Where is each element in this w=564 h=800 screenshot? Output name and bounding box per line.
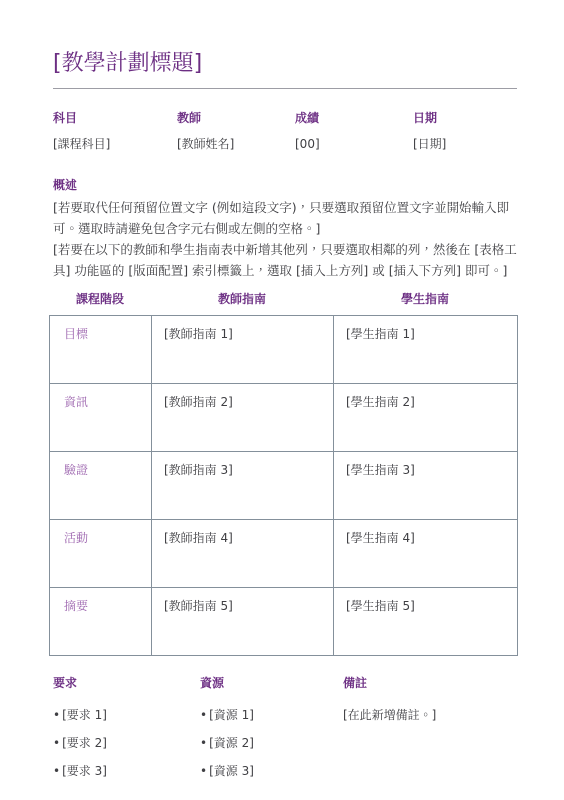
requirement-placeholder[interactable]: [要求 1] xyxy=(62,708,107,722)
field-grade-value[interactable]: [00] xyxy=(295,136,413,152)
title-divider xyxy=(53,88,517,89)
list-item: •[資源 3] xyxy=(200,757,343,785)
guide-table: 目標 [教師指南 1] [學生指南 1] 資訊 [教師指南 2] [學生指南 2… xyxy=(49,315,518,656)
bullet-icon: • xyxy=(200,729,207,757)
requirements-heading: 要求 xyxy=(53,675,200,691)
student-guide-cell[interactable]: [學生指南 3] xyxy=(334,452,518,520)
bullet-icon: • xyxy=(53,729,60,757)
list-item: •[資源 1] xyxy=(200,701,343,729)
overview-paragraph-2[interactable]: [若要在以下的教師和學生指南表中新增其他列，只要選取相鄰的列，然後在 [表格工具… xyxy=(53,240,517,281)
student-guide-cell[interactable]: [學生指南 1] xyxy=(334,316,518,384)
resources-heading: 資源 xyxy=(200,675,343,691)
lesson-plan-document: [教學計劃標題] 科目 [課程科目] 教師 [教師姓名] 成績 [00] 日期 … xyxy=(0,0,564,800)
column-header-student-guide: 學生指南 xyxy=(333,290,517,308)
guide-table-header: 課程階段 教師指南 學生指南 xyxy=(49,290,517,308)
field-grade-label: 成績 xyxy=(295,110,413,126)
resources-list: •[資源 1] •[資源 2] •[資源 3] xyxy=(200,701,343,785)
field-teacher-label: 教師 xyxy=(177,110,295,126)
field-date-value[interactable]: [日期] xyxy=(413,136,517,152)
stage-cell: 摘要 xyxy=(50,588,152,656)
column-header-teacher-guide: 教師指南 xyxy=(151,290,333,308)
resource-placeholder[interactable]: [資源 2] xyxy=(209,736,254,750)
field-subject-label: 科目 xyxy=(53,110,177,126)
bullet-icon: • xyxy=(53,757,60,785)
bullet-icon: • xyxy=(200,701,207,729)
overview-heading: 概述 xyxy=(53,177,517,193)
bullet-icon: • xyxy=(53,701,60,729)
teacher-guide-cell[interactable]: [教師指南 2] xyxy=(152,384,334,452)
teacher-guide-cell[interactable]: [教師指南 5] xyxy=(152,588,334,656)
field-teacher: 教師 [教師姓名] xyxy=(177,110,295,152)
resource-placeholder[interactable]: [資源 1] xyxy=(209,708,254,722)
info-fields: 科目 [課程科目] 教師 [教師姓名] 成績 [00] 日期 [日期] xyxy=(53,110,517,152)
field-subject: 科目 [課程科目] xyxy=(53,110,177,152)
list-item: •[要求 1] xyxy=(53,701,200,729)
requirement-placeholder[interactable]: [要求 2] xyxy=(62,736,107,750)
overview-paragraph-1[interactable]: [若要取代任何預留位置文字 (例如這段文字)，只要選取預留位置文字並開始輸入即可… xyxy=(53,198,517,239)
notes-heading: 備註 xyxy=(343,675,517,691)
stage-cell: 驗證 xyxy=(50,452,152,520)
page-title[interactable]: [教學計劃標題] xyxy=(53,49,517,79)
table-row: 驗證 [教師指南 3] [學生指南 3] xyxy=(50,452,518,520)
field-date-label: 日期 xyxy=(413,110,517,126)
teacher-guide-cell[interactable]: [教師指南 1] xyxy=(152,316,334,384)
requirement-placeholder[interactable]: [要求 3] xyxy=(62,764,107,778)
stage-cell: 資訊 xyxy=(50,384,152,452)
table-row: 活動 [教師指南 4] [學生指南 4] xyxy=(50,520,518,588)
overview-body: [若要取代任何預留位置文字 (例如這段文字)，只要選取預留位置文字並開始輸入即可… xyxy=(53,198,517,281)
field-grade: 成績 [00] xyxy=(295,110,413,152)
student-guide-cell[interactable]: [學生指南 5] xyxy=(334,588,518,656)
stage-cell: 活動 xyxy=(50,520,152,588)
column-header-stage: 課程階段 xyxy=(49,290,151,308)
resource-placeholder[interactable]: [資源 3] xyxy=(209,764,254,778)
table-row: 資訊 [教師指南 2] [學生指南 2] xyxy=(50,384,518,452)
table-row: 摘要 [教師指南 5] [學生指南 5] xyxy=(50,588,518,656)
list-item: •[資源 2] xyxy=(200,729,343,757)
list-item: •[要求 2] xyxy=(53,729,200,757)
student-guide-cell[interactable]: [學生指南 2] xyxy=(334,384,518,452)
notes-placeholder[interactable]: [在此新增備註。] xyxy=(343,701,517,729)
teacher-guide-cell[interactable]: [教師指南 3] xyxy=(152,452,334,520)
notes-section: 備註 [在此新增備註。] xyxy=(343,675,517,785)
field-date: 日期 [日期] xyxy=(413,110,517,152)
field-subject-value[interactable]: [課程科目] xyxy=(53,136,177,152)
stage-cell: 目標 xyxy=(50,316,152,384)
requirements-section: 要求 •[要求 1] •[要求 2] •[要求 3] xyxy=(53,675,200,785)
requirements-list: •[要求 1] •[要求 2] •[要求 3] xyxy=(53,701,200,785)
table-row: 目標 [教師指南 1] [學生指南 1] xyxy=(50,316,518,384)
student-guide-cell[interactable]: [學生指南 4] xyxy=(334,520,518,588)
teacher-guide-cell[interactable]: [教師指南 4] xyxy=(152,520,334,588)
resources-section: 資源 •[資源 1] •[資源 2] •[資源 3] xyxy=(200,675,343,785)
footer-sections: 要求 •[要求 1] •[要求 2] •[要求 3] 資源 •[資源 1] •[… xyxy=(53,675,517,785)
list-item: •[要求 3] xyxy=(53,757,200,785)
field-teacher-value[interactable]: [教師姓名] xyxy=(177,136,295,152)
bullet-icon: • xyxy=(200,757,207,785)
